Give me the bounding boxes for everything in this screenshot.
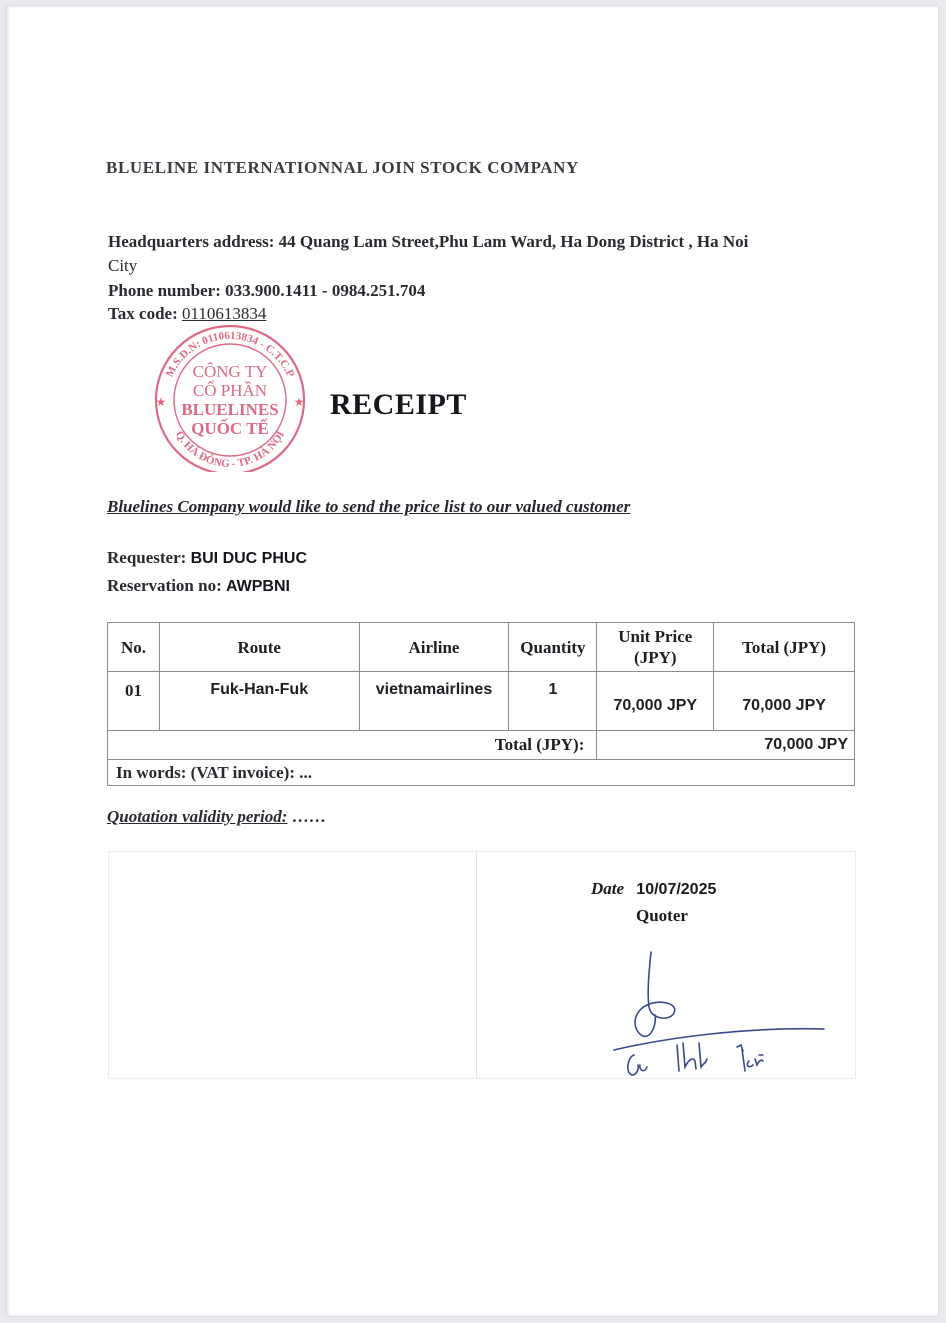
stamp-line-2: CỔ PHẦN (193, 380, 267, 400)
col-header-total: Total (JPY) (714, 623, 855, 672)
reservation-value: AWPBNI (226, 578, 290, 595)
intro-text: Bluelines Company would like to send the… (107, 497, 630, 517)
cell-unit-price: 70,000 JPY (597, 672, 714, 731)
reservation-label: Reservation no: (107, 576, 222, 595)
col-header-no: No. (108, 623, 160, 672)
address-line-continued: City (108, 256, 137, 276)
company-stamp-icon: M.S.D.N: 0110613834 - C.T.C.P Q. HÀ ĐÔNG… (145, 322, 315, 472)
col-header-route: Route (159, 623, 359, 672)
cell-airline: vietnamairlines (359, 672, 509, 731)
table-header-row: No. Route Airline Quantity Unit Price(JP… (108, 623, 855, 672)
requester-value: BUI DUC PHUC (191, 550, 307, 567)
company-name: BLUELINE INTERNATIONNAL JOIN STOCK COMPA… (106, 158, 579, 178)
stamp-line-3: BLUELINES (181, 400, 278, 419)
requester-label: Requester: (107, 548, 186, 567)
validity-value: …… (292, 807, 326, 826)
reservation-line: Reservation no: AWPBNI (107, 576, 290, 596)
phone-value: 033.900.1411 - 0984.251.704 (225, 281, 425, 300)
grand-total-label: Total (JPY): (108, 731, 597, 760)
in-words-row: In words: (VAT invoice): ... (108, 760, 855, 786)
cell-no: 01 (108, 672, 160, 731)
grand-total-row: Total (JPY): 70,000 JPY (108, 731, 855, 760)
validity-label: Quotation validity period: (107, 807, 287, 826)
tax-value: 0110613834 (182, 304, 266, 323)
price-table: No. Route Airline Quantity Unit Price(JP… (107, 622, 855, 786)
cell-route: Fuk-Han-Fuk (159, 672, 359, 731)
quoter-label: Quoter (636, 906, 688, 926)
grand-total-value: 70,000 JPY (597, 731, 855, 760)
col-header-airline: Airline (359, 623, 509, 672)
validity-line: Quotation validity period: …… (107, 807, 326, 827)
phone-line: Phone number: 033.900.1411 - 0984.251.70… (108, 281, 425, 301)
address-label: Headquarters address: (108, 232, 274, 251)
document-title: RECEIPT (330, 388, 467, 422)
phone-label: Phone number: (108, 281, 221, 300)
tax-line: Tax code: 0110613834 (108, 304, 266, 324)
svg-text:★: ★ (156, 395, 167, 409)
tax-label: Tax code: (108, 304, 178, 323)
in-words-text: In words: (VAT invoice): ... (108, 760, 855, 786)
stamp-line-4: QUỐC TẾ (191, 418, 269, 438)
stamp-line-1: CÔNG TY (193, 362, 268, 381)
receipt-page: BLUELINE INTERNATIONNAL JOIN STOCK COMPA… (6, 6, 938, 1316)
cell-total: 70,000 JPY (714, 672, 855, 731)
address-value: 44 Quang Lam Street,Phu Lam Ward, Ha Don… (279, 232, 749, 251)
handwritten-signature-icon (609, 947, 829, 1077)
date-value: 10/07/2025 (636, 881, 716, 898)
svg-text:★: ★ (294, 395, 305, 409)
signature-box: Date 10/07/2025 Quoter (108, 851, 856, 1079)
col-header-quantity: Quantity (509, 623, 597, 672)
cell-quantity: 1 (509, 672, 597, 731)
requester-line: Requester: BUI DUC PHUC (107, 548, 307, 568)
col-header-unit-price: Unit Price(JPY) (597, 623, 714, 672)
table-row: 01 Fuk-Han-Fuk vietnamairlines 1 70,000 … (108, 672, 855, 731)
address-line: Headquarters address: 44 Quang Lam Stree… (108, 232, 748, 252)
signature-box-divider (476, 852, 477, 1078)
date-line: Date 10/07/2025 (591, 879, 716, 899)
date-label: Date (591, 879, 624, 898)
